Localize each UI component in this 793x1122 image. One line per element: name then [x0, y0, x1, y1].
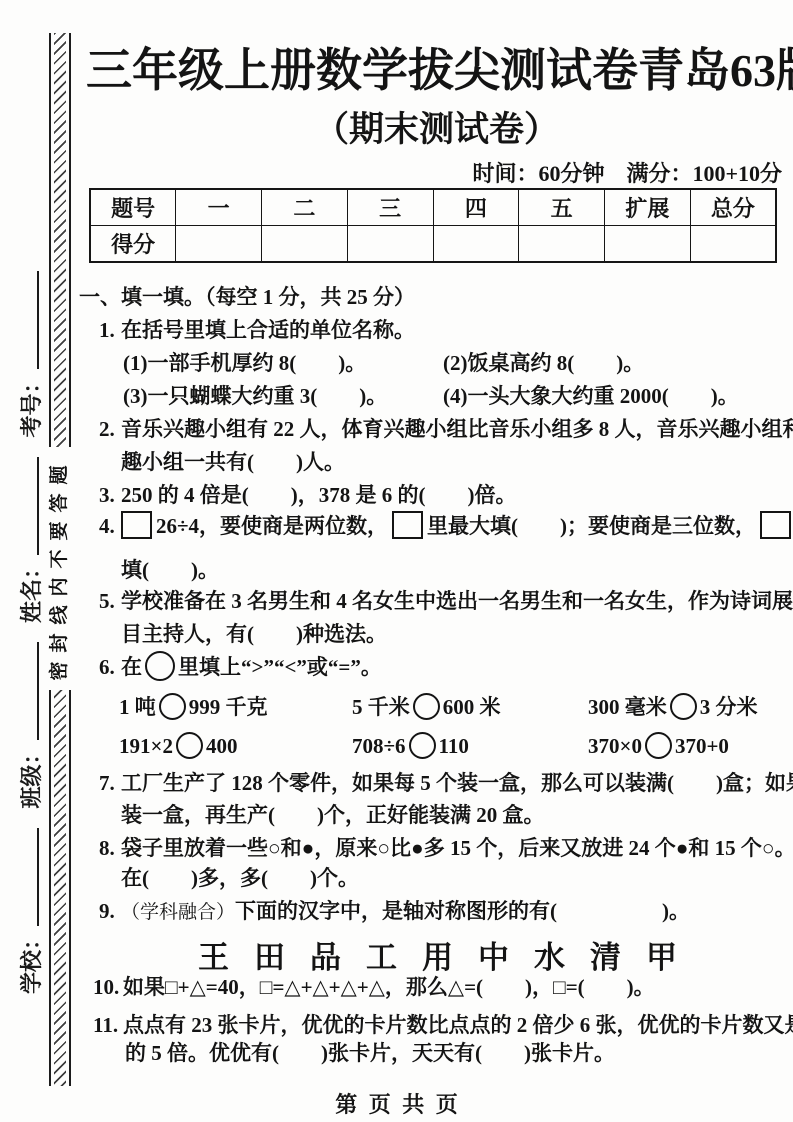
- comparison-item: 708÷6110: [352, 731, 588, 761]
- score-cell-empty: [347, 226, 433, 263]
- footer-page-label: 第 页 共 页: [0, 1088, 793, 1119]
- question-11-line-2: 的 5 倍。优优有( )张卡片，天天有( )张卡片。: [125, 1038, 615, 1068]
- question-6-row-2: 191×2400 708÷6110 370×0370+0: [119, 731, 779, 761]
- comparison-right: 370+0: [675, 734, 729, 758]
- question-10-text: 如果□+△=40，□=△+△+△+△，那么△=( )，□=( )。: [123, 975, 655, 999]
- score-table-score-row: 得分: [90, 226, 776, 263]
- blank-circle-icon: [176, 732, 203, 759]
- blank-circle-icon: [409, 732, 436, 759]
- comparison-item: 1 吨999 千克: [119, 692, 352, 722]
- blank-circle-icon: [159, 693, 186, 720]
- question-number: 2.: [99, 414, 121, 444]
- score-table-header-cell: 一: [176, 189, 262, 226]
- score-table-header-cell: 五: [519, 189, 605, 226]
- exam-meta: 时间：60分钟满分：100+10分: [88, 157, 782, 188]
- question-5-line-2: 目主持人，有( )种选法。: [121, 619, 387, 649]
- question-2-text-1: 音乐兴趣小组有 22 人，体育兴趣小组比音乐小组多 8 人，音乐兴趣小组和体育兴: [121, 417, 793, 441]
- question-5-line-1: 5.学校准备在 3 名男生和 4 名女生中选出一名男生和一名女生，作为诗词展演的…: [99, 586, 793, 616]
- blank-square-icon: [121, 511, 152, 539]
- question-1: 1.在括号里填上合适的单位名称。: [99, 315, 415, 345]
- score-cell-empty: [433, 226, 519, 263]
- question-11-line-1: 11.点点有 23 张卡片，优优的卡片数比点点的 2 倍少 6 张，优优的卡片数…: [93, 1010, 793, 1040]
- question-4-seg-1: 26÷4，要使商是两位数，: [156, 514, 388, 538]
- comparison-right: 110: [439, 734, 469, 758]
- blank-square-icon: [760, 511, 791, 539]
- question-1-sub-row-1: (1)一部手机厚约 8( )。 (2)饭桌高约 8( )。: [123, 348, 773, 378]
- question-11-text-1: 点点有 23 张卡片，优优的卡片数比点点的 2 倍少 6 张，优优的卡片数又是天…: [123, 1013, 793, 1037]
- question-number: 8.: [99, 833, 121, 863]
- student-info-fields: 学校： 班级： 姓名： 考号：: [14, 252, 40, 994]
- comparison-right: 400: [206, 734, 238, 758]
- comparison-item: 191×2400: [119, 731, 352, 761]
- score-table: 题号 一 二 三 四 五 扩展 总分 得分: [89, 188, 777, 263]
- question-number: 5.: [99, 586, 121, 616]
- question-6-intro-post: 里填上“>”“<”或“=”。: [178, 655, 382, 679]
- score-table-header-cell: 题号: [90, 189, 176, 226]
- blank-circle-icon: [670, 693, 697, 720]
- question-number: 4.: [99, 511, 121, 541]
- comparison-left: 708÷6: [352, 734, 406, 758]
- question-number: 9.: [99, 896, 121, 926]
- score-cell-empty: [605, 226, 691, 263]
- question-7-line-2: 装一盒，再生产( )个，正好能装满 20 盒。: [121, 800, 545, 830]
- exam-paper-page: 密封线内不要答题 学校： 班级： 姓名： 考号： 三年级上册数学拔尖测试卷青岛6…: [0, 0, 793, 1122]
- blank-circle-icon: [645, 732, 672, 759]
- question-1-sub-3: (3)一只蝴蝶大约重 3( )。: [123, 381, 443, 411]
- question-4-seg-2: 里最大填( )；要使商是三位数，: [427, 514, 756, 538]
- question-5-text-1: 学校准备在 3 名男生和 4 名女生中选出一名男生和一名女生，作为诗词展演的节: [121, 589, 793, 613]
- blank-circle-icon: [145, 651, 175, 681]
- question-1-sub-4: (4)一头大象大约重 2000( )。: [443, 381, 773, 411]
- exam-number-field-label: 考号：: [19, 371, 44, 437]
- full-score: 满分：100+10分: [626, 161, 782, 186]
- question-4-line-1: 4.26÷4，要使商是两位数，里最大填( )；要使商是三位数，里最小: [99, 511, 793, 541]
- paper-subtitle: （期末测试卷）: [88, 102, 785, 152]
- hanzi-characters-row: 王田品工用中水清甲: [100, 932, 793, 977]
- question-1-sub-row-2: (3)一只蝴蝶大约重 3( )。 (4)一头大象大约重 2000( )。: [123, 381, 773, 411]
- comparison-left: 5 千米: [352, 695, 410, 719]
- question-6-row-1: 1 吨999 千克 5 千米600 米 300 毫米3 分米: [119, 692, 779, 722]
- score-table-header-cell: 扩展: [605, 189, 691, 226]
- question-1-sub-2: (2)饭桌高约 8( )。: [443, 348, 773, 378]
- score-table-header-row: 题号 一 二 三 四 五 扩展 总分: [90, 189, 776, 226]
- question-7-line-1: 7.工厂生产了 128 个零件，如果每 5 个装一盒，那么可以装满( )盒；如果…: [99, 768, 793, 798]
- question-3: 3.250 的 4 倍是( )，378 是 6 的( )倍。: [99, 480, 516, 510]
- class-field-blank: [14, 642, 39, 740]
- class-field-label: 班级：: [19, 742, 44, 808]
- score-cell-empty: [519, 226, 605, 263]
- score-cell-empty: [176, 226, 262, 263]
- question-number: 1.: [99, 315, 121, 345]
- score-table-header-cell: 总分: [690, 189, 776, 226]
- comparison-left: 191×2: [119, 734, 173, 758]
- score-cell-empty: [262, 226, 348, 263]
- question-2-line-2: 趣小组一共有( )人。: [121, 447, 345, 477]
- comparison-item: 300 毫米3 分米: [588, 692, 779, 722]
- question-number: 10.: [93, 972, 123, 1002]
- question-3-text: 250 的 4 倍是( )，378 是 6 的( )倍。: [121, 483, 516, 507]
- blank-square-icon: [392, 511, 423, 539]
- score-table-header-cell: 二: [262, 189, 348, 226]
- comparison-item: 5 千米600 米: [352, 692, 588, 722]
- school-field-label: 学校：: [19, 928, 44, 994]
- seal-line-text: 密封线内不要答题: [48, 447, 71, 690]
- comparison-left: 370×0: [588, 734, 642, 758]
- question-9: 9.（学科融合）下面的汉字中，是轴对称图形的有( )。: [99, 896, 690, 928]
- question-number: 6.: [99, 652, 121, 682]
- score-row-label: 得分: [90, 226, 176, 263]
- name-field-blank: [14, 457, 39, 555]
- comparison-left: 1 吨: [119, 695, 156, 719]
- comparison-left: 300 毫米: [588, 695, 667, 719]
- score-table-header-cell: 三: [347, 189, 433, 226]
- question-8-text-1: 袋子里放着一些○和●，原来○比●多 15 个，后来又放进 24 个●和 15 个…: [121, 836, 793, 860]
- question-6-intro: 6.在里填上“>”“<”或“=”。: [99, 651, 382, 682]
- question-4-line-2: 填( )。: [121, 555, 219, 585]
- school-field-blank: [14, 828, 39, 926]
- question-1-sub-1: (1)一部手机厚约 8( )。: [123, 348, 443, 378]
- blank-circle-icon: [413, 693, 440, 720]
- time-limit: 时间：60分钟: [472, 161, 604, 186]
- question-number: 3.: [99, 480, 121, 510]
- question-9-text: 下面的汉字中，是轴对称图形的有( )。: [235, 899, 690, 923]
- question-6-intro-pre: 在: [121, 655, 142, 679]
- question-8-line-1: 8.袋子里放着一些○和●，原来○比●多 15 个，后来又放进 24 个●和 15…: [99, 833, 793, 863]
- question-number: 7.: [99, 768, 121, 798]
- name-field-label: 姓名：: [19, 557, 44, 623]
- question-8-line-2: 在( )多，多( )个。: [121, 863, 359, 893]
- comparison-right: 3 分米: [700, 695, 758, 719]
- score-cell-empty: [690, 226, 776, 263]
- question-7-text-1: 工厂生产了 128 个零件，如果每 5 个装一盒，那么可以装满( )盒；如果每 …: [121, 771, 793, 795]
- question-2-line-1: 2.音乐兴趣小组有 22 人，体育兴趣小组比音乐小组多 8 人，音乐兴趣小组和体…: [99, 414, 793, 444]
- question-number: 11.: [93, 1010, 123, 1040]
- comparison-item: 370×0370+0: [588, 731, 779, 761]
- question-10: 10.如果□+△=40，□=△+△+△+△，那么△=( )，□=( )。: [93, 972, 655, 1002]
- question-1-text: 在括号里填上合适的单位名称。: [121, 318, 415, 342]
- comparison-right: 600 米: [443, 695, 501, 719]
- score-table-header-cell: 四: [433, 189, 519, 226]
- page-title: 三年级上册数学拔尖测试卷青岛63版: [86, 34, 786, 100]
- comparison-right: 999 千克: [189, 695, 268, 719]
- question-9-tag: （学科融合）: [121, 902, 235, 923]
- section-1-heading: 一、填一填。（每空 1 分，共 25 分）: [79, 282, 415, 312]
- exam-number-field-blank: [14, 271, 39, 369]
